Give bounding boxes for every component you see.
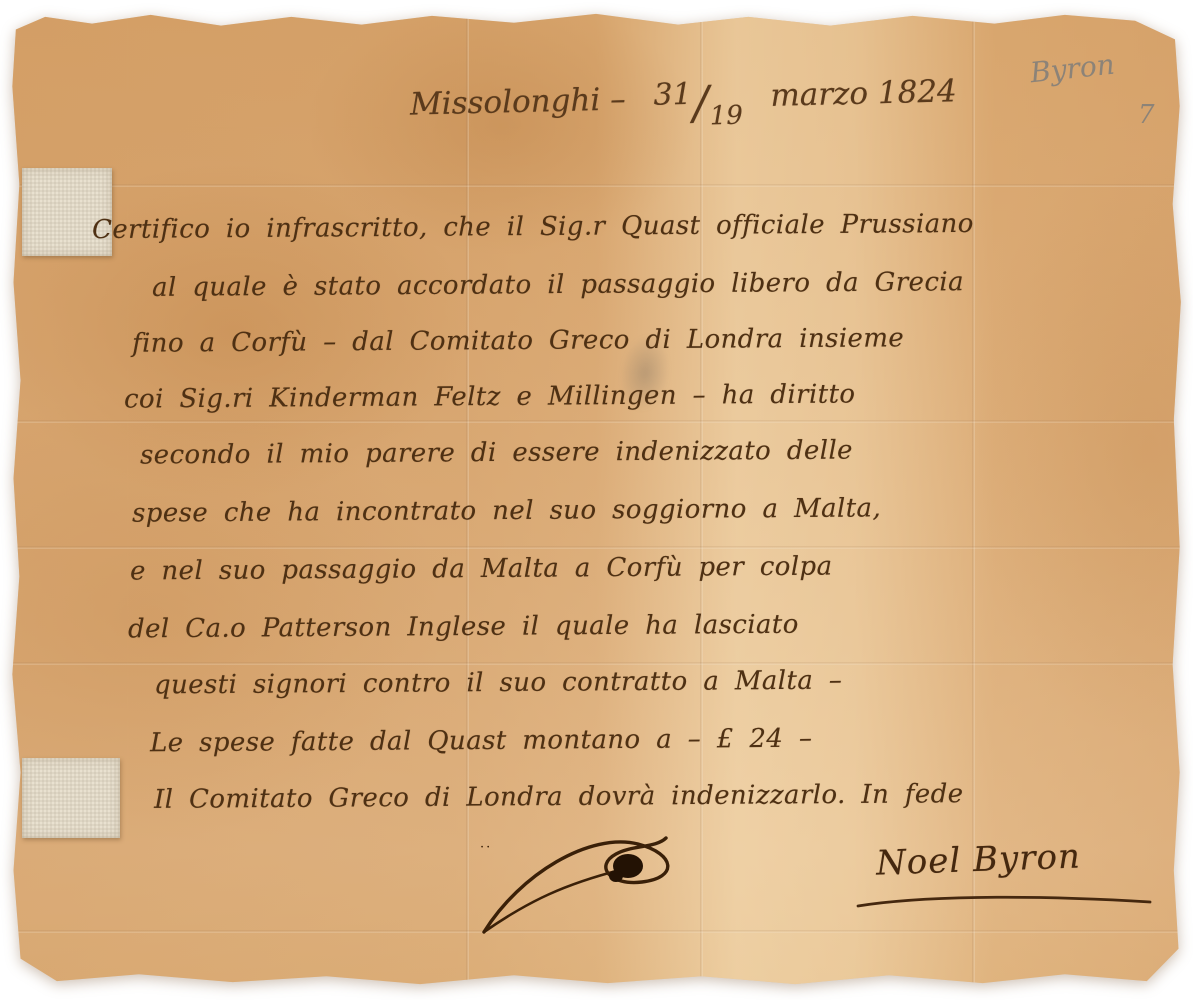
body-line: Le spese fatte dal Quast montano a – £ 2…	[150, 724, 813, 759]
signature-underline-icon	[854, 884, 1154, 914]
fold-crease	[10, 184, 1182, 187]
fold-crease	[10, 662, 1182, 665]
dateline: Missolonghi – 31/19 marzo 1824	[410, 73, 958, 132]
signature-flourish-icon	[470, 804, 710, 944]
fraction-slash-icon: /	[692, 79, 709, 125]
dateline-place: Missolonghi –	[410, 81, 627, 122]
pencil-annotation-number: 7	[1138, 100, 1155, 130]
dateline-day-fraction: 31/19	[653, 79, 743, 127]
ink-dots: ··	[480, 840, 492, 855]
dateline-day-old-style: 19	[709, 103, 743, 130]
body-line: fino a Corfù – dal Comitato Greco di Lon…	[132, 323, 904, 358]
tape-patch-bottom	[22, 758, 120, 838]
signature-name: Noel Byron	[875, 836, 1081, 883]
pencil-annotation-name: Byron	[1029, 48, 1117, 90]
dateline-month-year: marzo 1824	[770, 73, 957, 114]
fold-crease	[10, 420, 1182, 423]
fold-crease	[10, 546, 1182, 549]
body-line: e nel suo passaggio da Malta a Corfù per…	[130, 552, 833, 587]
body-line: al quale è stato accordato il passaggio …	[152, 267, 964, 303]
dateline-day-new-style: 31	[653, 80, 692, 111]
letter-paper: Byron 7 Missolonghi – 31/19 marzo 1824 C…	[10, 8, 1182, 988]
body-line: Certifico io infrascritto, che il Sig.r …	[92, 209, 974, 245]
letter-photograph: Byron 7 Missolonghi – 31/19 marzo 1824 C…	[0, 0, 1193, 1000]
body-line: spese che ha incontrato nel suo soggiorn…	[132, 493, 881, 528]
paper-wrap: Byron 7 Missolonghi – 31/19 marzo 1824 C…	[10, 8, 1182, 988]
body-line: questi signori contro il suo contratto a…	[154, 666, 842, 701]
body-line: del Ca.o Patterson Inglese il quale ha l…	[128, 610, 799, 645]
body-line: secondo il mio parere di essere indenizz…	[140, 436, 853, 471]
body-line: coi Sig.ri Kinderman Feltz e Millingen –…	[124, 379, 856, 414]
